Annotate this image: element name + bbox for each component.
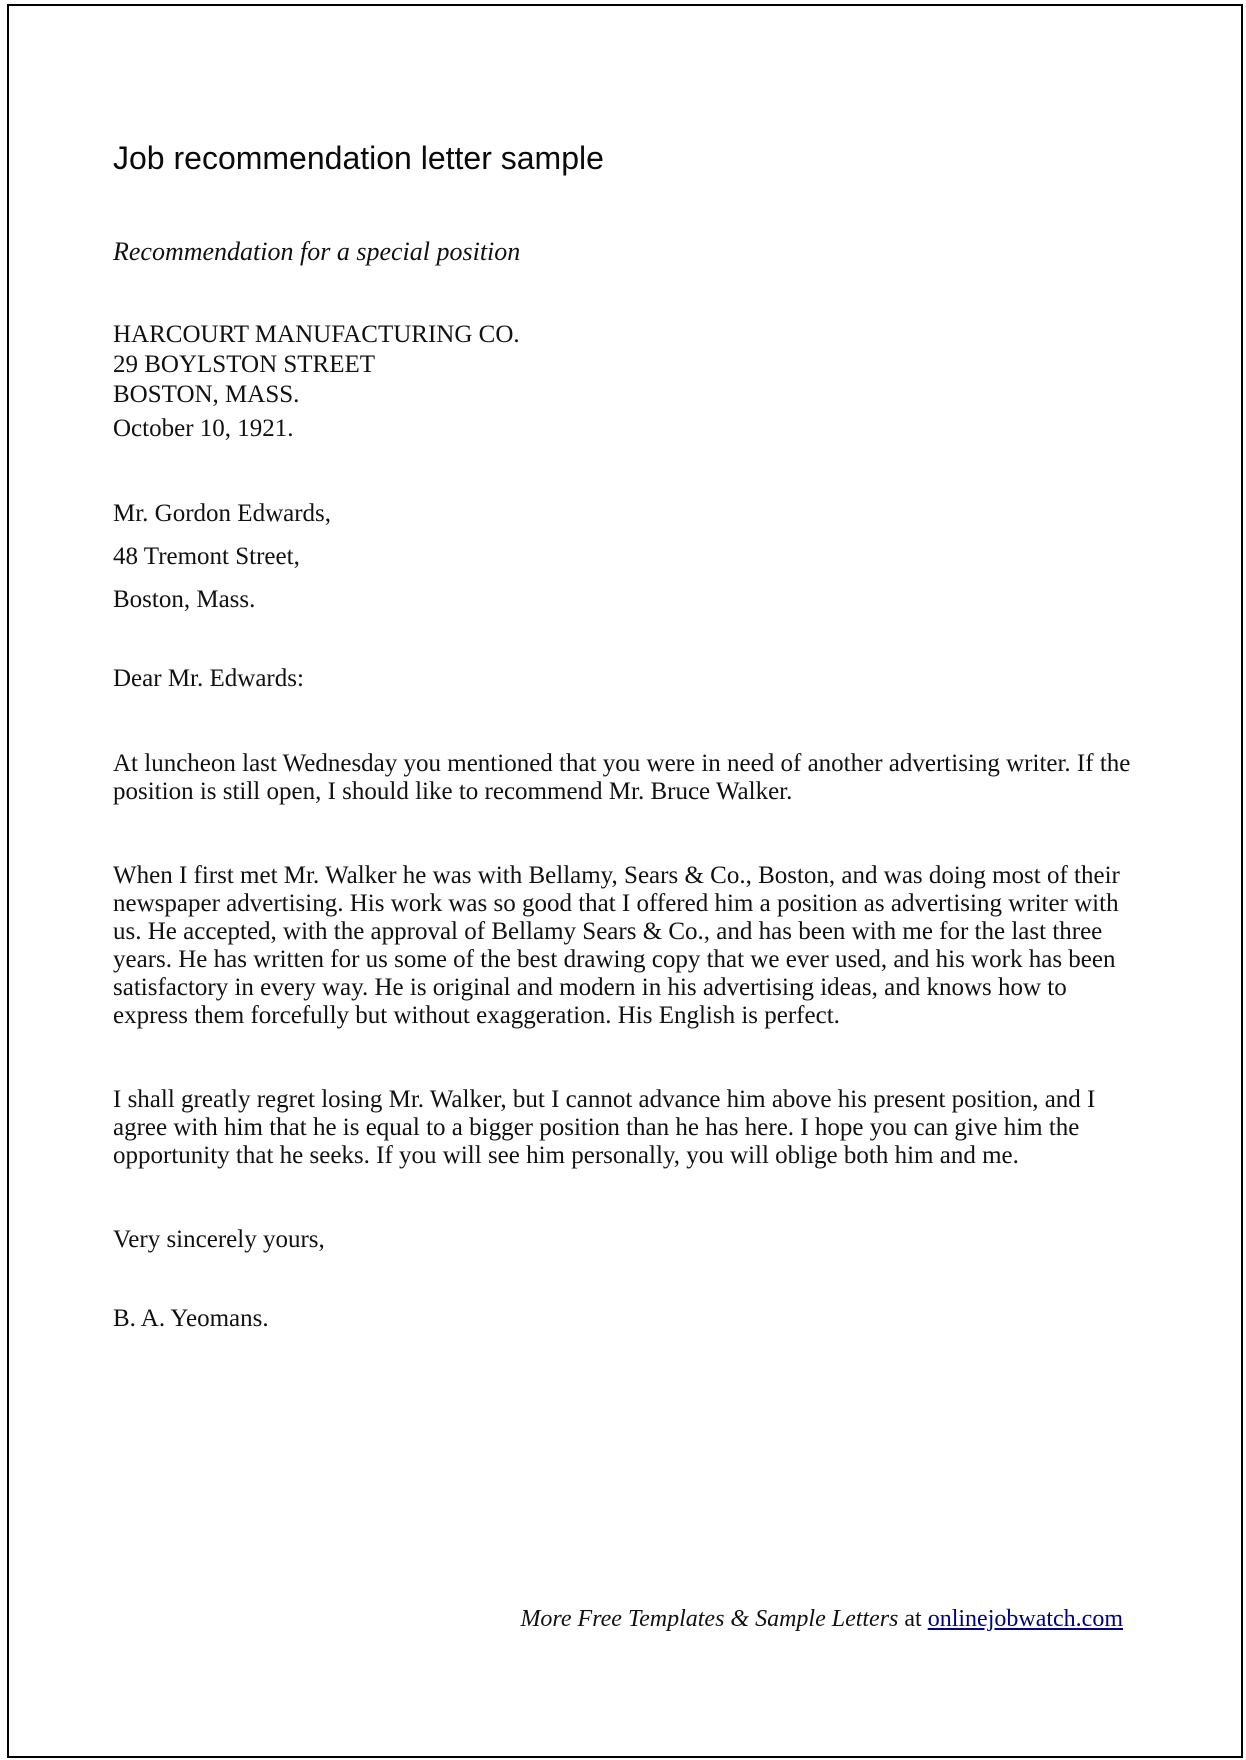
letter-date: October 10, 1921. — [113, 415, 1143, 443]
signature-name: B. A. Yeomans. — [113, 1305, 1143, 1333]
recipient-city: Boston, Mass. — [113, 586, 1143, 614]
body-paragraph-2: When I first met Mr. Walker he was with … — [113, 862, 1143, 1030]
recipient-name: Mr. Gordon Edwards, — [113, 500, 1143, 528]
recipient-street: 48 Tremont Street, — [113, 543, 1143, 571]
complimentary-closing: Very sincerely yours, — [113, 1226, 1143, 1254]
footer: More Free Templates & Sample Letters at … — [520, 1606, 1123, 1633]
footer-connector-text: at — [904, 1606, 921, 1632]
recipient-address-block: Mr. Gordon Edwards, 48 Tremont Street, B… — [113, 500, 1143, 629]
footer-promo-text: More Free Templates & Sample Letters — [520, 1606, 898, 1632]
letter-subject: Recommendation for a special position — [113, 237, 1143, 267]
page-title: Job recommendation letter sample — [113, 140, 1143, 177]
sender-company: HARCOURT MANUFACTURING CO. — [113, 320, 1143, 350]
sender-city: BOSTON, MASS. — [113, 380, 1143, 410]
body-paragraph-1: At luncheon last Wednesday you mentioned… — [113, 750, 1143, 806]
body-paragraph-3: I shall greatly regret losing Mr. Walker… — [113, 1086, 1143, 1170]
salutation: Dear Mr. Edwards: — [113, 665, 1143, 693]
sender-street: 29 BOYLSTON STREET — [113, 350, 1143, 380]
sender-address-block: HARCOURT MANUFACTURING CO. 29 BOYLSTON S… — [113, 320, 1143, 410]
footer-link[interactable]: onlinejobwatch.com — [928, 1606, 1123, 1632]
document-page: Job recommendation letter sample Recomme… — [0, 0, 1246, 1760]
